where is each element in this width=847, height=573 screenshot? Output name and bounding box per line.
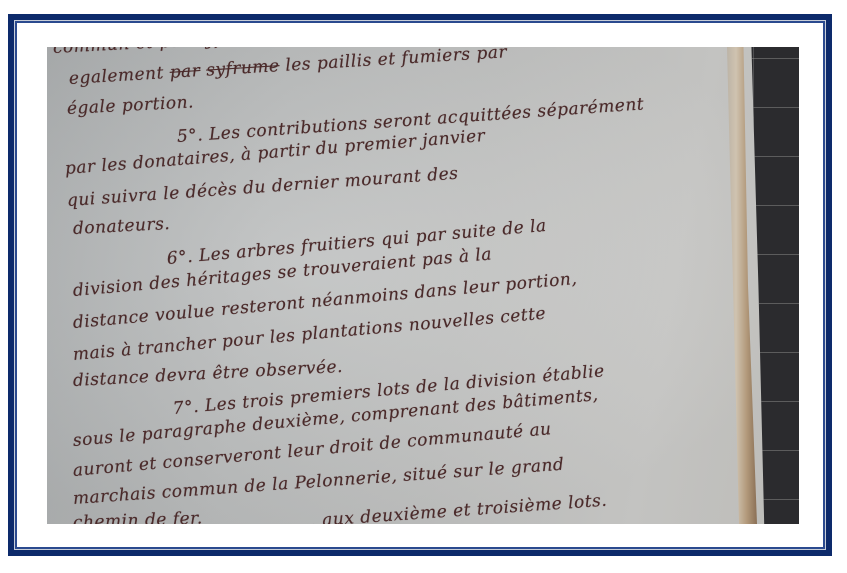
frame-highlight-line: commun et par syfrume .. egalement par s…	[14, 20, 826, 550]
frame-mat: commun et par syfrume .. egalement par s…	[17, 23, 823, 547]
manuscript-line-18: ..... aux deuxième et troisième lots.	[286, 491, 608, 524]
struck-word-1: par	[169, 61, 201, 83]
struck-word-2: syfrume	[206, 56, 280, 80]
manuscript-line-12: distance devra être observée.	[72, 357, 343, 391]
frame-inner-border: commun et par syfrume .. egalement par s…	[15, 21, 825, 549]
manuscript-line-17: chemin de fer.	[73, 508, 203, 524]
manuscript-photo: commun et par syfrume .. egalement par s…	[47, 47, 799, 524]
line-2-rest: les paillis et fumiers par	[279, 47, 508, 76]
manuscript-line-3: égale portion.	[66, 92, 194, 119]
line-2-text: egalement	[68, 63, 170, 89]
manuscript-line-1: commun et par syfrume ..	[52, 47, 287, 58]
handwritten-text: commun et par syfrume .. egalement par s…	[47, 47, 747, 524]
decorative-frame: commun et par syfrume .. egalement par s…	[8, 14, 832, 556]
manuscript-line-7: donateurs.	[72, 214, 170, 239]
